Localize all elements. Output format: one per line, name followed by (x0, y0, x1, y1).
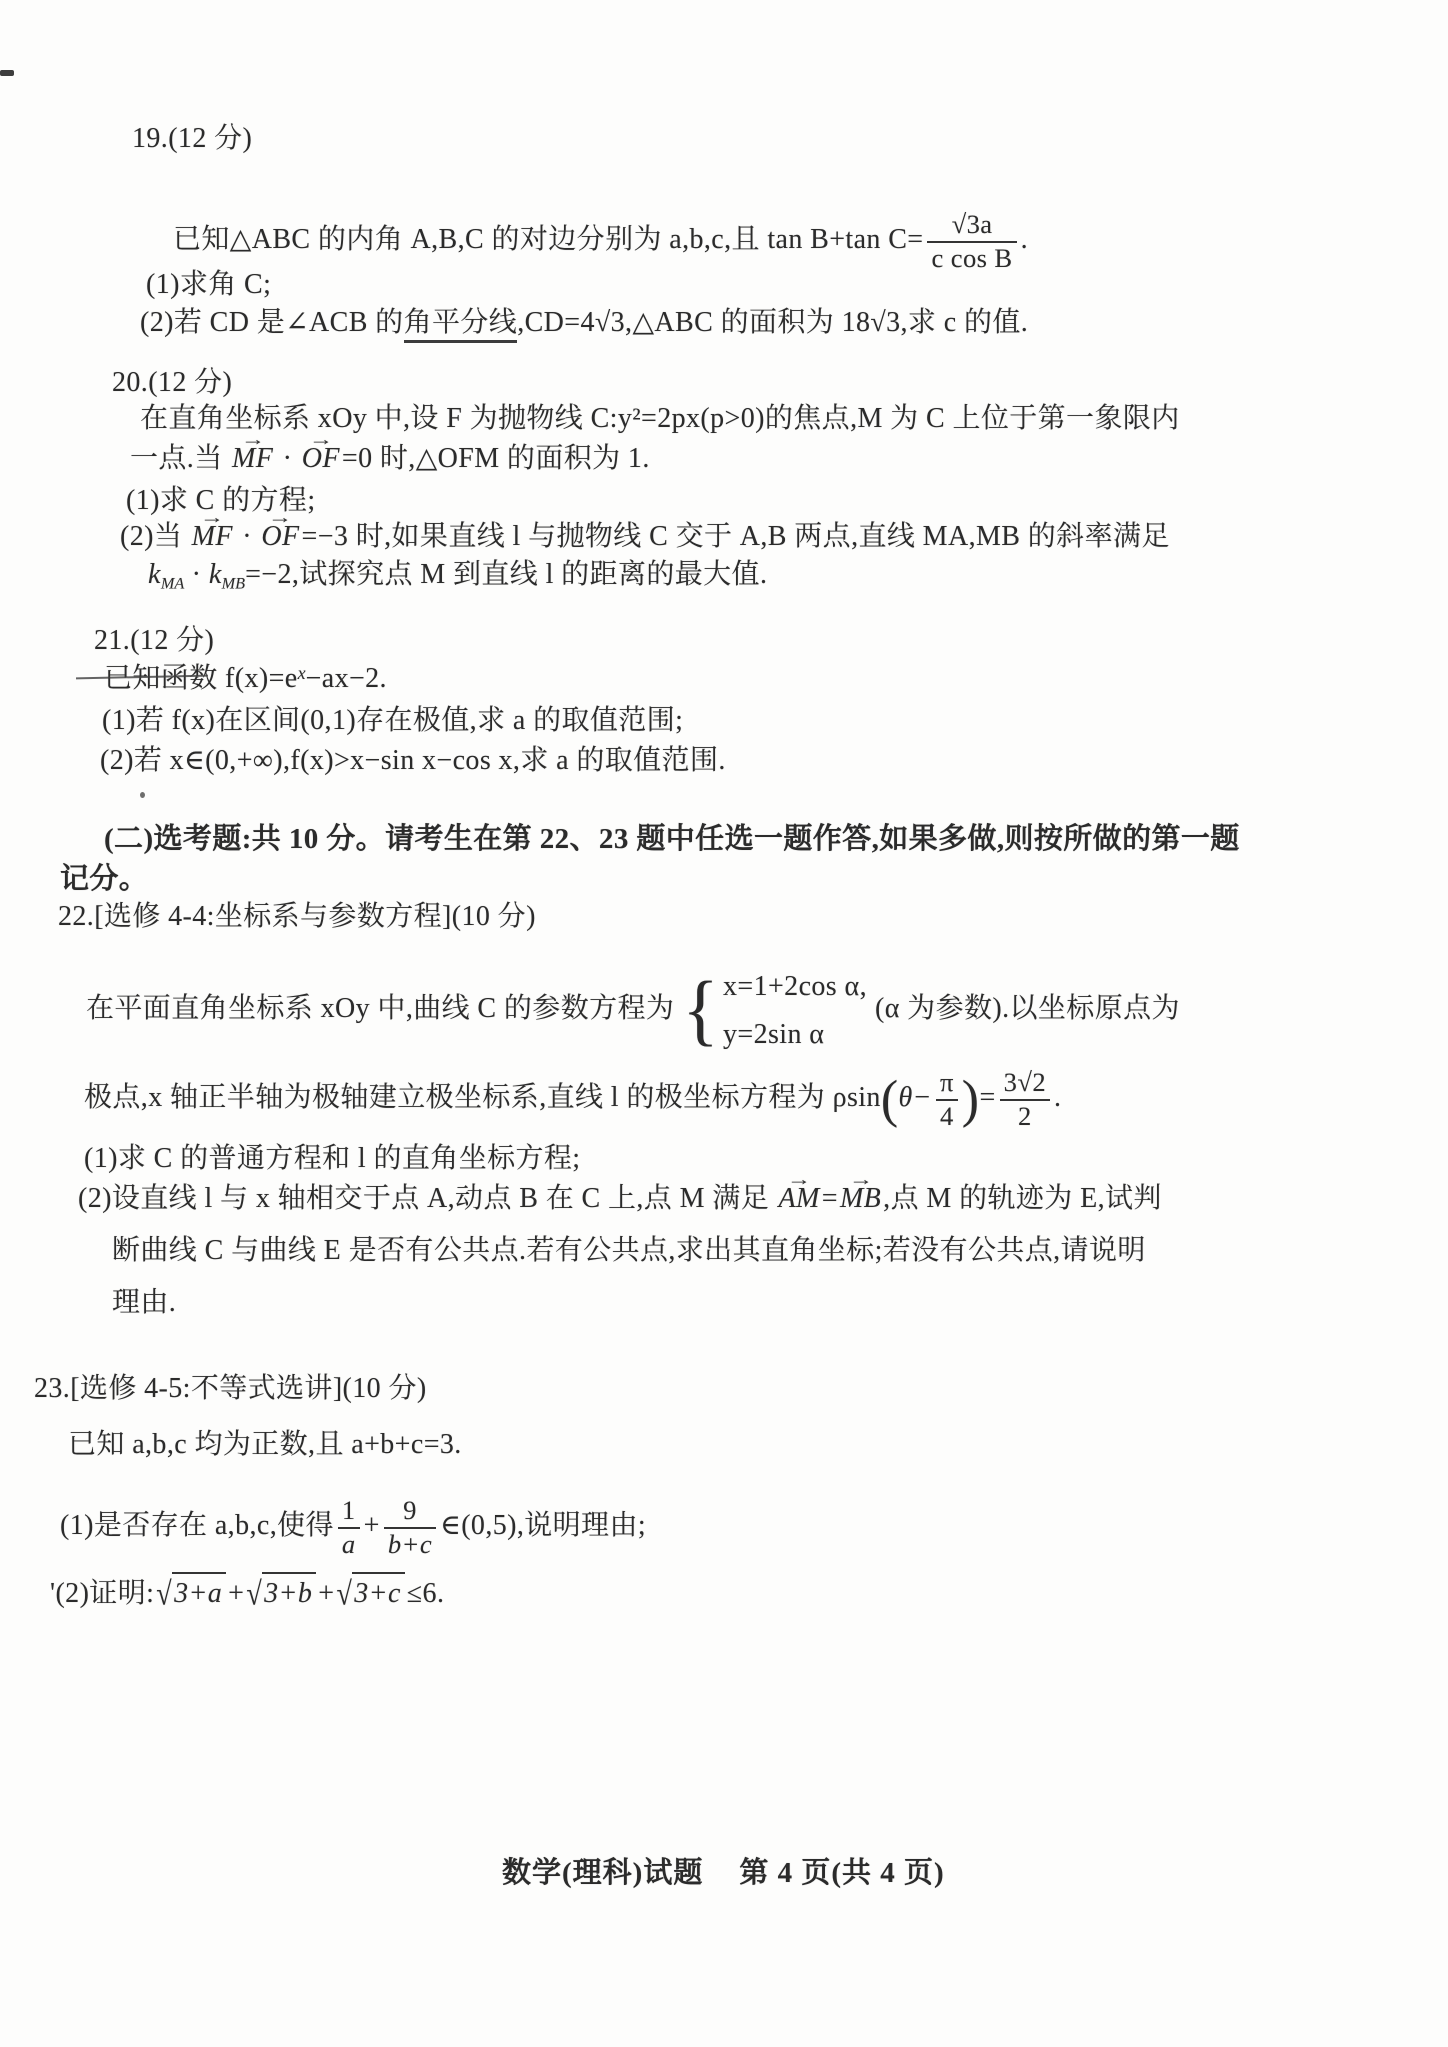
theta-term: θ− (899, 1082, 932, 1113)
sqrt-3a-radicand: 3+a (172, 1572, 226, 1613)
exponent-x: x (298, 663, 306, 683)
p22-polar-period: . (1054, 1082, 1061, 1113)
p22-q2-line3: 理由. (112, 1284, 176, 1322)
footer-title: 数学(理科)试题 (502, 1857, 703, 1889)
sqrt-3c: √3+c (336, 1572, 404, 1613)
theta-fraction-denominator: 4 (936, 1101, 958, 1132)
p22-polar-line: 极点,x 轴正半轴为极轴建立极坐标系,直线 l 的极坐标方程为 ρsin(θ−π… (84, 1068, 1061, 1132)
vector-mb: →MB (840, 1180, 881, 1218)
vector-mf: →MF (192, 518, 233, 556)
p23-q1-text-end: ∈(0,5),说明理由; (440, 1510, 646, 1541)
p21-function-text-end: −ax−2. (306, 663, 387, 694)
p19-fraction-numerator: √3a (927, 210, 1016, 243)
p22-intro-text-end: (α 为参数).以坐标原点为 (875, 993, 1180, 1024)
sqrt-3b-radicand: 3+b (262, 1572, 316, 1613)
p19-intro-period: . (1021, 224, 1028, 255)
radical-icon: √ (246, 1573, 262, 1618)
frac-1-a: 1a (338, 1496, 360, 1560)
frac-9-bc-denominator: b+c (384, 1529, 436, 1560)
p22-intro-text: 在平面直角坐标系 xOy 中,曲线 C 的参数方程为 (86, 993, 674, 1024)
equals-sign: = (979, 1082, 995, 1113)
p23-intro: 已知 a,b,c 均为正数,且 a+b+c=3. (68, 1426, 462, 1464)
vector-arrow-icon: → (240, 428, 264, 451)
parametric-x: x=1+2cos α, (723, 968, 867, 1006)
p22-polar-text: 极点,x 轴正半轴为极轴建立极坐标系,直线 l 的极坐标方程为 ρsin (84, 1082, 881, 1113)
p21-q2: (2)若 x∈(0,+∞),f(x)>x−sin x−cos x,求 a 的取值… (100, 742, 726, 780)
stray-dot (140, 792, 145, 798)
plus-sign: + (364, 1510, 380, 1541)
vector-arrow-icon: → (268, 506, 292, 529)
vector-arrow-icon: → (787, 1168, 811, 1191)
plus-sign: + (228, 1578, 244, 1609)
p23-q2: '(2)证明:√3+a+√3+b+√3+c≤6. (50, 1572, 444, 1613)
k-ma-subscript: MA (161, 575, 184, 593)
frac-1-a-denominator: a (338, 1529, 360, 1560)
left-paren: ( (881, 1073, 899, 1126)
frac-9-bc-numerator: 9 (384, 1496, 436, 1529)
equals-sign: = (822, 1183, 838, 1214)
p19-q1: (1)求角 C; (146, 266, 271, 304)
theta-fraction: π4 (936, 1068, 958, 1132)
bisector-underline: 角平分线 (404, 307, 518, 343)
p22-title: 22.[选修 4-4:坐标系与参数方程](10 分) (58, 898, 536, 936)
p19-q2-text-end: ,CD=4√3,△ABC 的面积为 18√3,求 c 的值. (517, 307, 1028, 338)
parametric-equations: x=1+2cos α,y=2sin α (723, 968, 867, 1054)
p20-q2-text-end: =−3 时,如果直线 l 与抛物线 C 交于 A,B 两点,直线 MA,MB 的… (302, 521, 1170, 552)
frac-9-bc: 9b+c (384, 1496, 436, 1560)
dot-operator: · (235, 521, 260, 552)
section2-header-line2: 记分。 (60, 860, 148, 899)
vector-arrow-icon: → (309, 428, 333, 451)
p20-number: 20.(12 分) (112, 364, 232, 402)
right-paren: ) (962, 1073, 980, 1126)
sqrt-3b: √3+b (246, 1572, 316, 1613)
radical-icon: √ (336, 1573, 352, 1618)
p19-intro: 已知△ABC 的内角 A,B,C 的对边分别为 a,b,c,且 tan B+ta… (173, 210, 1028, 274)
p22-q2-text-end: ,点 M 的轨迹为 E,试判 (883, 1183, 1162, 1214)
p21-number: 21.(12 分) (94, 622, 214, 660)
p23-q2-text-end: ≤6. (407, 1578, 445, 1609)
sqrt-3c-radicand: 3+c (352, 1572, 405, 1613)
vector-of: →OF (302, 440, 340, 478)
p20-q2-line2: kMA · kMB=−2,试探究点 M 到直线 l 的距离的最大值. (148, 556, 767, 596)
vector-mf: →MF (232, 440, 273, 478)
vector-of: →OF (261, 518, 299, 556)
p22-q2-text: (2)设直线 l 与 x 轴相交于点 A,动点 B 在 C 上,点 M 满足 (78, 1183, 777, 1214)
p23-q1: (1)是否存在 a,b,c,使得1a+9b+c∈(0,5),说明理由; (60, 1496, 646, 1560)
section2-header-line1: (二)选考题:共 10 分。请考生在第 22、23 题中任选一题作答,如果多做,… (104, 820, 1240, 859)
p20-q2-text: (2)当 (120, 521, 190, 552)
frac-1-a-numerator: 1 (338, 1496, 360, 1529)
polar-rhs-fraction: 3√22 (1000, 1068, 1050, 1132)
p20-l2-text: 一点.当 (130, 443, 230, 474)
p23-q1-text: (1)是否存在 a,b,c,使得 (60, 1510, 334, 1541)
p20-q2-line2-text: =−2,试探究点 M 到直线 l 的距离的最大值. (245, 559, 767, 590)
p22-intro-line: 在平面直角坐标系 xOy 中,曲线 C 的参数方程为{x=1+2cos α,y=… (86, 968, 1180, 1054)
vector-arrow-icon: → (200, 506, 224, 529)
p19-fraction-denominator: c cos B (927, 243, 1016, 274)
k-mb: k (209, 559, 222, 590)
p20-q2-line1: (2)当 →MF · →OF=−3 时,如果直线 l 与抛物线 C 交于 A,B… (120, 518, 1170, 556)
p23-q2-text: '(2)证明: (50, 1578, 154, 1609)
p19-fraction: √3ac cos B (927, 210, 1016, 274)
plus-sign: + (318, 1578, 334, 1609)
exam-page: 19.(12 分) 已知△ABC 的内角 A,B,C 的对边分别为 a,b,c,… (0, 0, 1448, 2047)
p21-function-line: 已知函数 f(x)=ex−ax−2. (104, 660, 387, 698)
p21-q1: (1)若 f(x)在区间(0,1)存在极值,求 a 的取值范围; (102, 702, 683, 740)
parametric-y: y=2sin α (723, 1016, 867, 1054)
scan-mark-top-left (0, 70, 14, 76)
dot-operator: · (184, 559, 209, 590)
k-ma: k (148, 559, 161, 590)
vector-arrow-icon: → (848, 1168, 872, 1191)
p22-q1: (1)求 C 的普通方程和 l 的直角坐标方程; (84, 1140, 580, 1178)
p22-q2-line1: (2)设直线 l 与 x 轴相交于点 A,动点 B 在 C 上,点 M 满足 →… (78, 1180, 1162, 1218)
parametric-cases: {x=1+2cos α,y=2sin α (682, 968, 867, 1054)
radical-icon: √ (156, 1573, 172, 1618)
k-mb-subscript: MB (222, 575, 245, 593)
vector-am: →AM (779, 1180, 820, 1218)
polar-rhs-numerator: 3√2 (1000, 1068, 1050, 1101)
p20-l2-text-end: =0 时,△OFM 的面积为 1. (342, 443, 650, 474)
p19-q2: (2)若 CD 是∠ACB 的角平分线,CD=4√3,△ABC 的面积为 18√… (140, 304, 1028, 342)
p23-title: 23.[选修 4-5:不等式选讲](10 分) (34, 1370, 427, 1408)
p21-function-text: 已知函数 f(x)=e (104, 663, 298, 694)
p19-number: 19.(12 分) (132, 120, 252, 158)
theta-fraction-numerator: π (936, 1068, 958, 1101)
dot-operator: · (275, 443, 300, 474)
left-brace: { (682, 975, 719, 1046)
p19-intro-text: 已知△ABC 的内角 A,B,C 的对边分别为 a,b,c,且 tan B+ta… (173, 224, 923, 255)
p20-intro-line1: 在直角坐标系 xOy 中,设 F 为抛物线 C:y²=2px(p>0)的焦点,M… (140, 400, 1180, 438)
p20-intro-line2: 一点.当 →MF · →OF=0 时,△OFM 的面积为 1. (130, 440, 650, 478)
p22-q2-line2: 断曲线 C 与曲线 E 是否有公共点.若有公共点,求出其直角坐标;若没有公共点,… (112, 1232, 1146, 1270)
polar-rhs-denominator: 2 (1000, 1101, 1050, 1132)
page-footer: 数学(理科)试题第 4 页(共 4 页) (502, 1850, 945, 1891)
p19-q2-text: (2)若 CD 是∠ACB 的 (140, 307, 404, 338)
sqrt-3a: √3+a (156, 1572, 226, 1613)
footer-page-number: 第 4 页(共 4 页) (739, 1857, 944, 1889)
